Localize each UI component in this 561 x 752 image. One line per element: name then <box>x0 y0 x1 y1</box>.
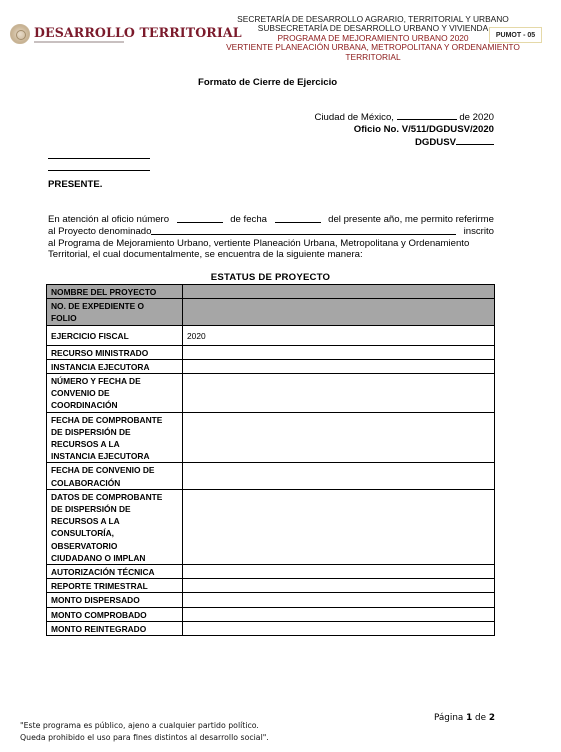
form-code-badge: PUMOT - 05 <box>489 27 542 43</box>
addressee-block: PRESENTE. <box>48 158 150 191</box>
table-row: MONTO COMPROBADO <box>47 607 495 621</box>
row-value-field[interactable] <box>183 621 495 635</box>
footer-disclaimer: "Este programa es público, ajeno a cualq… <box>20 720 269 744</box>
table-row: AUTORIZACIÓN TÉCNICA <box>47 565 495 579</box>
row-value-field[interactable] <box>183 579 495 593</box>
dgdusv-blank-field[interactable] <box>456 136 494 145</box>
row-label: NOMBRE DEL PROYECTO <box>47 285 183 299</box>
table-title: ESTATUS DE PROYECTO <box>46 272 495 283</box>
table-row: REPORTE TRIMESTRAL <box>47 579 495 593</box>
table-row: NOMBRE DEL PROYECTO <box>47 285 495 299</box>
page-total: 2 <box>489 713 495 723</box>
table-row: FECHA DE COMPROBANTEDE DISPERSIÓN DERECU… <box>47 412 495 463</box>
row-label: INSTANCIA EJECUTORA <box>47 359 183 373</box>
table-row: EJERCICIO FISCAL2020 <box>47 325 495 345</box>
addressee-title-blank[interactable] <box>48 170 150 171</box>
row-label: EJERCICIO FISCAL <box>47 325 183 345</box>
disclaimer-line-1: "Este programa es público, ajeno a cualq… <box>20 720 269 732</box>
document-title: Formato de Cierre de Ejercicio <box>198 77 337 88</box>
oficio-number: Oficio No. V/511/DGDUSV/2020 <box>315 124 495 136</box>
table-row: NÚMERO Y FECHA DECONVENIO DECOORDINACIÓN <box>47 374 495 413</box>
table-row: NO. DE EXPEDIENTE OFOLIO <box>47 299 495 325</box>
row-label: AUTORIZACIÓN TÉCNICA <box>47 565 183 579</box>
row-value-field[interactable] <box>183 345 495 359</box>
table-row: MONTO REINTEGRADO <box>47 621 495 635</box>
row-value-field[interactable] <box>183 412 495 463</box>
paragraph-line-2: al Proyecto denominado inscrito <box>48 226 494 238</box>
project-name-blank[interactable] <box>151 226 455 235</box>
city-label: Ciudad de México, <box>315 112 394 123</box>
page-of: de <box>475 713 486 723</box>
row-label: NÚMERO Y FECHA DECONVENIO DECOORDINACIÓN <box>47 374 183 413</box>
header-agency-lines: SECRETARÍA DE DESARROLLO AGRARIO, TERRIT… <box>216 15 530 62</box>
row-value-field[interactable] <box>183 285 495 299</box>
oficio-date-blank[interactable] <box>275 214 321 223</box>
logo-subtitle-line <box>34 41 124 43</box>
oficio-number-blank[interactable] <box>177 214 223 223</box>
table-row: DATOS DE COMPROBANTEDE DISPERSIÓN DERECU… <box>47 489 495 564</box>
presente-label: PRESENTE. <box>48 179 150 191</box>
table-row: RECURSO MINISTRADO <box>47 345 495 359</box>
row-label: RECURSO MINISTRADO <box>47 345 183 359</box>
logo-title: DESARROLLO TERRITORIAL <box>34 26 242 40</box>
year-label: de 2020 <box>459 112 494 123</box>
row-value-field[interactable] <box>183 607 495 621</box>
row-value-field[interactable]: 2020 <box>183 325 495 345</box>
page-number: Página 1 de 2 <box>434 713 495 723</box>
row-label: MONTO DISPERSADO <box>47 593 183 607</box>
paragraph-text: En atención al oficio número <box>48 214 169 226</box>
disclaimer-line-2: Queda prohibido el uso para fines distin… <box>20 732 269 744</box>
page-prefix: Página <box>434 713 463 723</box>
row-label: DATOS DE COMPROBANTEDE DISPERSIÓN DERECU… <box>47 489 183 564</box>
paragraph-text: de fecha <box>230 214 267 226</box>
row-value-field[interactable] <box>183 359 495 373</box>
body-paragraph: En atención al oficio número de fecha de… <box>48 214 494 261</box>
date-blank-field[interactable] <box>397 111 457 120</box>
paragraph-line-3: al Programa de Mejoramiento Urbano, vert… <box>48 238 494 250</box>
table-row: INSTANCIA EJECUTORA <box>47 359 495 373</box>
row-value-field[interactable] <box>183 593 495 607</box>
row-value-field[interactable] <box>183 299 495 325</box>
paragraph-text: del presente año, me permito referirme <box>328 214 494 226</box>
header-line-territorial: TERRITORIAL <box>216 53 530 62</box>
institution-logo: DESARROLLO TERRITORIAL <box>10 24 242 44</box>
date-reference-block: Ciudad de México, de 2020 Oficio No. V/5… <box>315 111 495 150</box>
project-status-table: NOMBRE DEL PROYECTONO. DE EXPEDIENTE OFO… <box>46 284 495 636</box>
row-label: FECHA DE CONVENIO DECOLABORACIÓN <box>47 463 183 489</box>
paragraph-text: al Proyecto denominado <box>48 226 151 238</box>
row-label: MONTO REINTEGRADO <box>47 621 183 635</box>
row-value-field[interactable] <box>183 463 495 489</box>
page-current: 1 <box>466 713 472 723</box>
table-row: MONTO DISPERSADO <box>47 593 495 607</box>
dgdusv-label: DGDUSV <box>415 137 456 148</box>
addressee-name-blank[interactable] <box>48 158 150 159</box>
national-seal-icon <box>10 24 30 44</box>
dgdusv-line: DGDUSV <box>315 136 495 149</box>
row-label: MONTO COMPROBADO <box>47 607 183 621</box>
row-value-field[interactable] <box>183 565 495 579</box>
paragraph-line-4: Territorial, el cual documentalmente, se… <box>48 249 494 261</box>
paragraph-text: inscrito <box>464 226 494 238</box>
row-value-field[interactable] <box>183 374 495 413</box>
row-label: NO. DE EXPEDIENTE OFOLIO <box>47 299 183 325</box>
city-date-line: Ciudad de México, de 2020 <box>315 111 495 124</box>
table-row: FECHA DE CONVENIO DECOLABORACIÓN <box>47 463 495 489</box>
paragraph-line-1: En atención al oficio número de fecha de… <box>48 214 494 226</box>
row-label: FECHA DE COMPROBANTEDE DISPERSIÓN DERECU… <box>47 412 183 463</box>
row-value-field[interactable] <box>183 489 495 564</box>
row-label: REPORTE TRIMESTRAL <box>47 579 183 593</box>
